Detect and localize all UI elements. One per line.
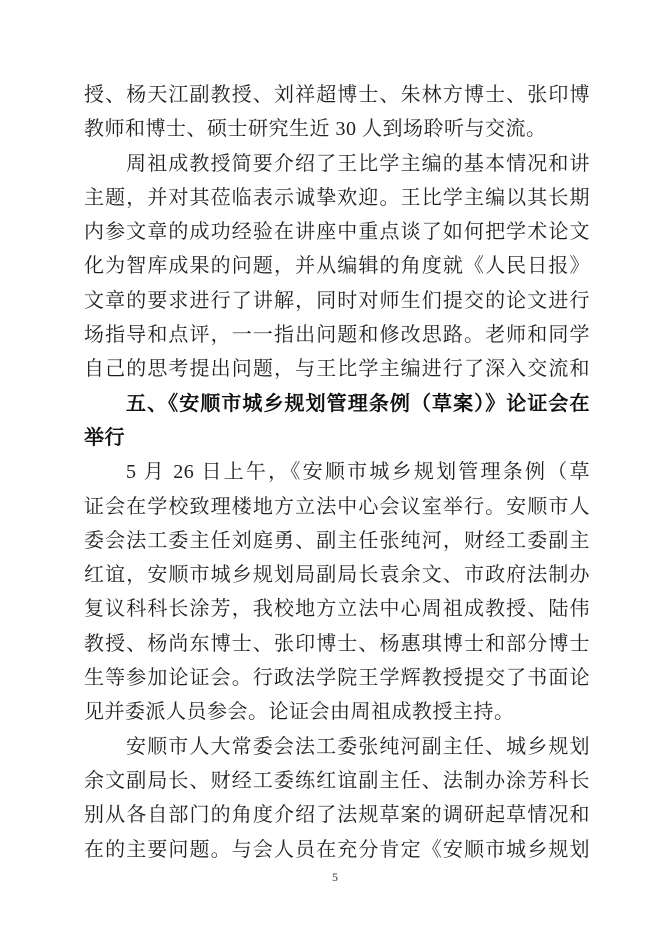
doc-line: 教师和博士、硕士研究生近 30 人到场聆听与交流。	[84, 112, 590, 146]
document-text-block: 授、杨天江副教授、刘祥超博士、朱林方博士、张印博士等 教师和博士、硕士研究生近 …	[84, 78, 590, 867]
section-heading-line: 五、《安顺市城乡规划管理条例（草案）》论证会在中心	[84, 387, 590, 421]
doc-line: 内参文章的成功经验在讲座中重点谈了如何把学术论文转	[84, 215, 590, 249]
doc-line: 生等参加论证会。行政法学院王学辉教授提交了书面论证意	[84, 661, 590, 695]
doc-line: 余文副局长、财经工委练红谊副主任、法制办涂芳科长等分	[84, 764, 590, 798]
doc-line: 周祖成教授简要介绍了王比学主编的基本情况和讲座	[84, 147, 590, 181]
doc-line: 自己的思考提出问题，与王比学主编进行了深入交流和探讨。	[84, 352, 590, 386]
doc-line: 委会法工委主任刘庭勇、副主任张纯河，财经工委副主任练	[84, 524, 590, 558]
doc-line: 主题，并对其莅临表示诚挚欢迎。王比学主编以其长期撰写	[84, 181, 590, 215]
doc-line: 在的主要问题。与会人员在充分肯定《安顺市城乡规划管理	[84, 833, 590, 867]
doc-line: 见并委派人员参会。论证会由周祖成教授主持。	[84, 695, 590, 729]
doc-line: 红谊，安顺市城乡规划局副局长袁余文、市政府法制办行政	[84, 558, 590, 592]
doc-line: 复议科科长涂芳，我校地方立法中心周祖成教授、陆伟明副	[84, 592, 590, 626]
doc-line: 授、杨天江副教授、刘祥超博士、朱林方博士、张印博士等	[84, 78, 590, 112]
doc-line: 文章的要求进行了讲解，同时对师生们提交的论文进行了现	[84, 284, 590, 318]
doc-line: 场指导和点评，一一指出问题和修改思路。老师和同学结合	[84, 318, 590, 352]
doc-line: 化为智库成果的问题，并从编辑的角度就《人民日报》刊发	[84, 249, 590, 283]
doc-line: 安顺市人大常委会法工委张纯河副主任、城乡规划局袁	[84, 730, 590, 764]
doc-line: 证会在学校致理楼地方立法中心会议室举行。安顺市人大常	[84, 490, 590, 524]
document-page: 授、杨天江副教授、刘祥超博士、朱林方博士、张印博士等 教师和博士、硕士研究生近 …	[0, 0, 670, 943]
doc-line: 5 月 26 日上午，《安顺市城乡规划管理条例（草案）》论	[84, 455, 590, 489]
page-number: 5	[0, 870, 670, 885]
doc-line: 别从各自部门的角度介绍了法规草案的调研起草情况和存	[84, 798, 590, 832]
section-heading-line: 举行	[84, 421, 590, 455]
doc-line: 教授、杨尚东博士、张印博士、杨惠琪博士和部分博士研究	[84, 627, 590, 661]
